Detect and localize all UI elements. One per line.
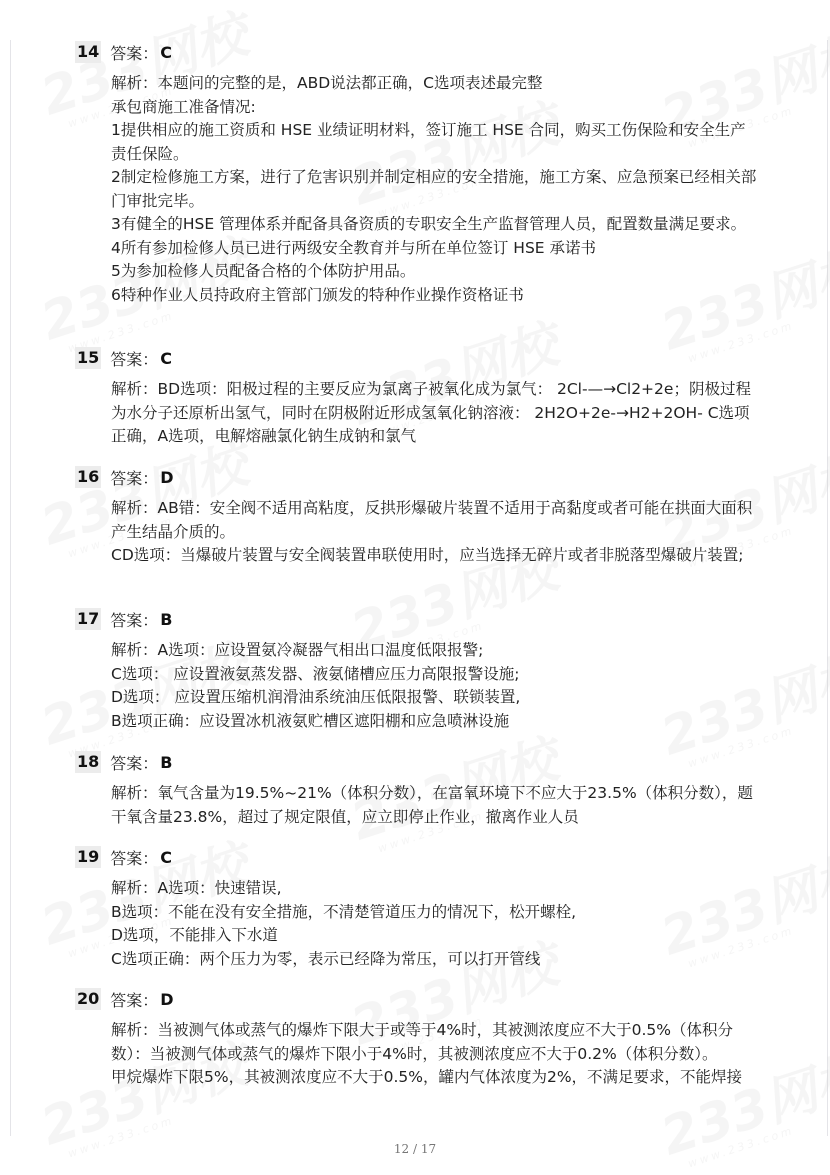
explanation-line: 解析：A选项：快速错误, bbox=[111, 877, 761, 901]
answer-label: 答案： bbox=[110, 751, 158, 774]
explanation: 解析：AB错：安全阀不适用高粘度，反拱形爆破片装置不适用于高黏度或者可能在拱面大… bbox=[111, 497, 761, 568]
explanation-line: 6特种作业人员持政府主管部门颁发的特种作业操作资格证书 bbox=[111, 284, 761, 308]
question-14: 14 答案： C 解析：本题问的完整的是，ABD说法都正确，C选项表述最完整 承… bbox=[75, 40, 765, 307]
explanation-line: 承包商施工准备情况: bbox=[111, 96, 761, 120]
explanation: 解析：当被测气体或蒸气的爆炸下限大于或等于4%时，其被测浓度应不大于0.5%（体… bbox=[111, 1019, 761, 1090]
answer-label: 答案： bbox=[110, 347, 158, 370]
question-number: 17 bbox=[75, 608, 101, 630]
explanation-line: 5为参加检修人员配备合格的个体防护用品。 bbox=[111, 260, 761, 284]
answer-value: B bbox=[160, 753, 172, 772]
explanation-line: D选项，不能排入下水道 bbox=[111, 924, 761, 948]
question-header: 20 答案： D bbox=[75, 987, 765, 1011]
explanation: 解析：BD选项：阳极过程的主要反应为氯离子被氧化成为氯气： 2Cl-—→Cl2+… bbox=[111, 378, 761, 449]
question-number: 18 bbox=[75, 751, 101, 773]
explanation-line: 解析：氧气含量为19.5%~21%（体积分数），在富氧环境下不应大于23.5%（… bbox=[111, 782, 761, 829]
answer-label: 答案： bbox=[110, 846, 158, 869]
explanation-line: 4所有参加检修人员已进行两级安全教育并与所在单位签订 HSE 承诺书 bbox=[111, 237, 761, 261]
explanation-line: C选项： 应设置液氨蒸发器、液氨储槽应压力高限报警设施; bbox=[111, 663, 761, 687]
answer-value: C bbox=[160, 848, 172, 867]
explanation-line: 解析：A选项：应设置氨冷凝器气相出口温度低限报警; bbox=[111, 639, 761, 663]
question-number: 14 bbox=[75, 41, 101, 63]
question-17: 17 答案： B 解析：A选项：应设置氨冷凝器气相出口温度低限报警; C选项： … bbox=[75, 607, 765, 733]
explanation: 解析：氧气含量为19.5%~21%（体积分数），在富氧环境下不应大于23.5%（… bbox=[111, 782, 761, 829]
question-18: 18 答案： B 解析：氧气含量为19.5%~21%（体积分数），在富氧环境下不… bbox=[75, 750, 765, 829]
explanation-line: B选项：不能在没有安全措施，不清楚管道压力的情况下，松开螺栓, bbox=[111, 901, 761, 925]
explanation-line: CD选项：当爆破片装置与安全阀装置串联使用时，应当选择无碎片或者非脱落型爆破片装… bbox=[111, 544, 761, 568]
answer-value: C bbox=[160, 43, 172, 62]
answer-value: D bbox=[160, 990, 173, 1009]
explanation-line: B选项正确：应设置冰机液氨贮槽区遮阳棚和应急喷淋设施 bbox=[111, 710, 761, 734]
explanation-line: 解析：当被测气体或蒸气的爆炸下限大于或等于4%时，其被测浓度应不大于0.5%（体… bbox=[111, 1019, 761, 1066]
question-number: 20 bbox=[75, 988, 101, 1010]
explanation: 解析：A选项：快速错误, B选项：不能在没有安全措施，不清楚管道压力的情况下，松… bbox=[111, 877, 761, 971]
explanation-line: 解析：本题问的完整的是，ABD说法都正确，C选项表述最完整 bbox=[111, 72, 761, 96]
question-number: 16 bbox=[75, 466, 101, 488]
explanation-line: D选项： 应设置压缩机润滑油系统油压低限报警、联锁装置, bbox=[111, 686, 761, 710]
question-header: 16 答案： D bbox=[75, 465, 765, 489]
explanation-line: 解析：AB错：安全阀不适用高粘度，反拱形爆破片装置不适用于高黏度或者可能在拱面大… bbox=[111, 497, 761, 544]
question-number: 15 bbox=[75, 347, 101, 369]
question-header: 18 答案： B bbox=[75, 750, 765, 774]
question-header: 17 答案： B bbox=[75, 607, 765, 631]
question-header: 14 答案： C bbox=[75, 40, 765, 64]
explanation-line: 解析：BD选项：阳极过程的主要反应为氯离子被氧化成为氯气： 2Cl-—→Cl2+… bbox=[111, 378, 761, 449]
explanation-line: 3有健全的HSE 管理体系并配备具备资质的专职安全生产监督管理人员，配置数量满足… bbox=[111, 213, 761, 237]
answer-label: 答案： bbox=[110, 41, 158, 64]
question-header: 15 答案： C bbox=[75, 346, 765, 370]
question-15: 15 答案： C 解析：BD选项：阳极过程的主要反应为氯离子被氧化成为氯气： 2… bbox=[75, 346, 765, 449]
explanation: 解析：A选项：应设置氨冷凝器气相出口温度低限报警; C选项： 应设置液氨蒸发器、… bbox=[111, 639, 761, 733]
answer-label: 答案： bbox=[110, 466, 158, 489]
question-number: 19 bbox=[75, 846, 101, 868]
question-16: 16 答案： D 解析：AB错：安全阀不适用高粘度，反拱形爆破片装置不适用于高黏… bbox=[75, 465, 765, 568]
explanation-line: 1提供相应的施工资质和 HSE 业绩证明材料，签订施工 HSE 合同，购买工伤保… bbox=[111, 119, 761, 166]
question-header: 19 答案： C bbox=[75, 845, 765, 869]
explanation-line: C选项正确：两个压力为零，表示已经降为常压，可以打开管线 bbox=[111, 948, 761, 972]
answer-label: 答案： bbox=[110, 608, 158, 631]
question-19: 19 答案： C 解析：A选项：快速错误, B选项：不能在没有安全措施，不清楚管… bbox=[75, 845, 765, 971]
answer-value: C bbox=[160, 349, 172, 368]
answer-value: B bbox=[160, 610, 172, 629]
explanation-line: 2制定检修施工方案，进行了危害识别并制定相应的安全措施，施工方案、应急预案已经相… bbox=[111, 166, 761, 213]
explanation: 解析：本题问的完整的是，ABD说法都正确，C选项表述最完整 承包商施工准备情况:… bbox=[111, 72, 761, 307]
question-20: 20 答案： D 解析：当被测气体或蒸气的爆炸下限大于或等于4%时，其被测浓度应… bbox=[75, 987, 765, 1090]
explanation-line: 甲烷爆炸下限5%，其被测浓度应不大于0.5%，罐内气体浓度为2%，不满足要求，不… bbox=[111, 1066, 761, 1090]
page-number: 12 / 17 bbox=[0, 1142, 830, 1156]
answer-value: D bbox=[160, 468, 173, 487]
answer-label: 答案： bbox=[110, 988, 158, 1011]
